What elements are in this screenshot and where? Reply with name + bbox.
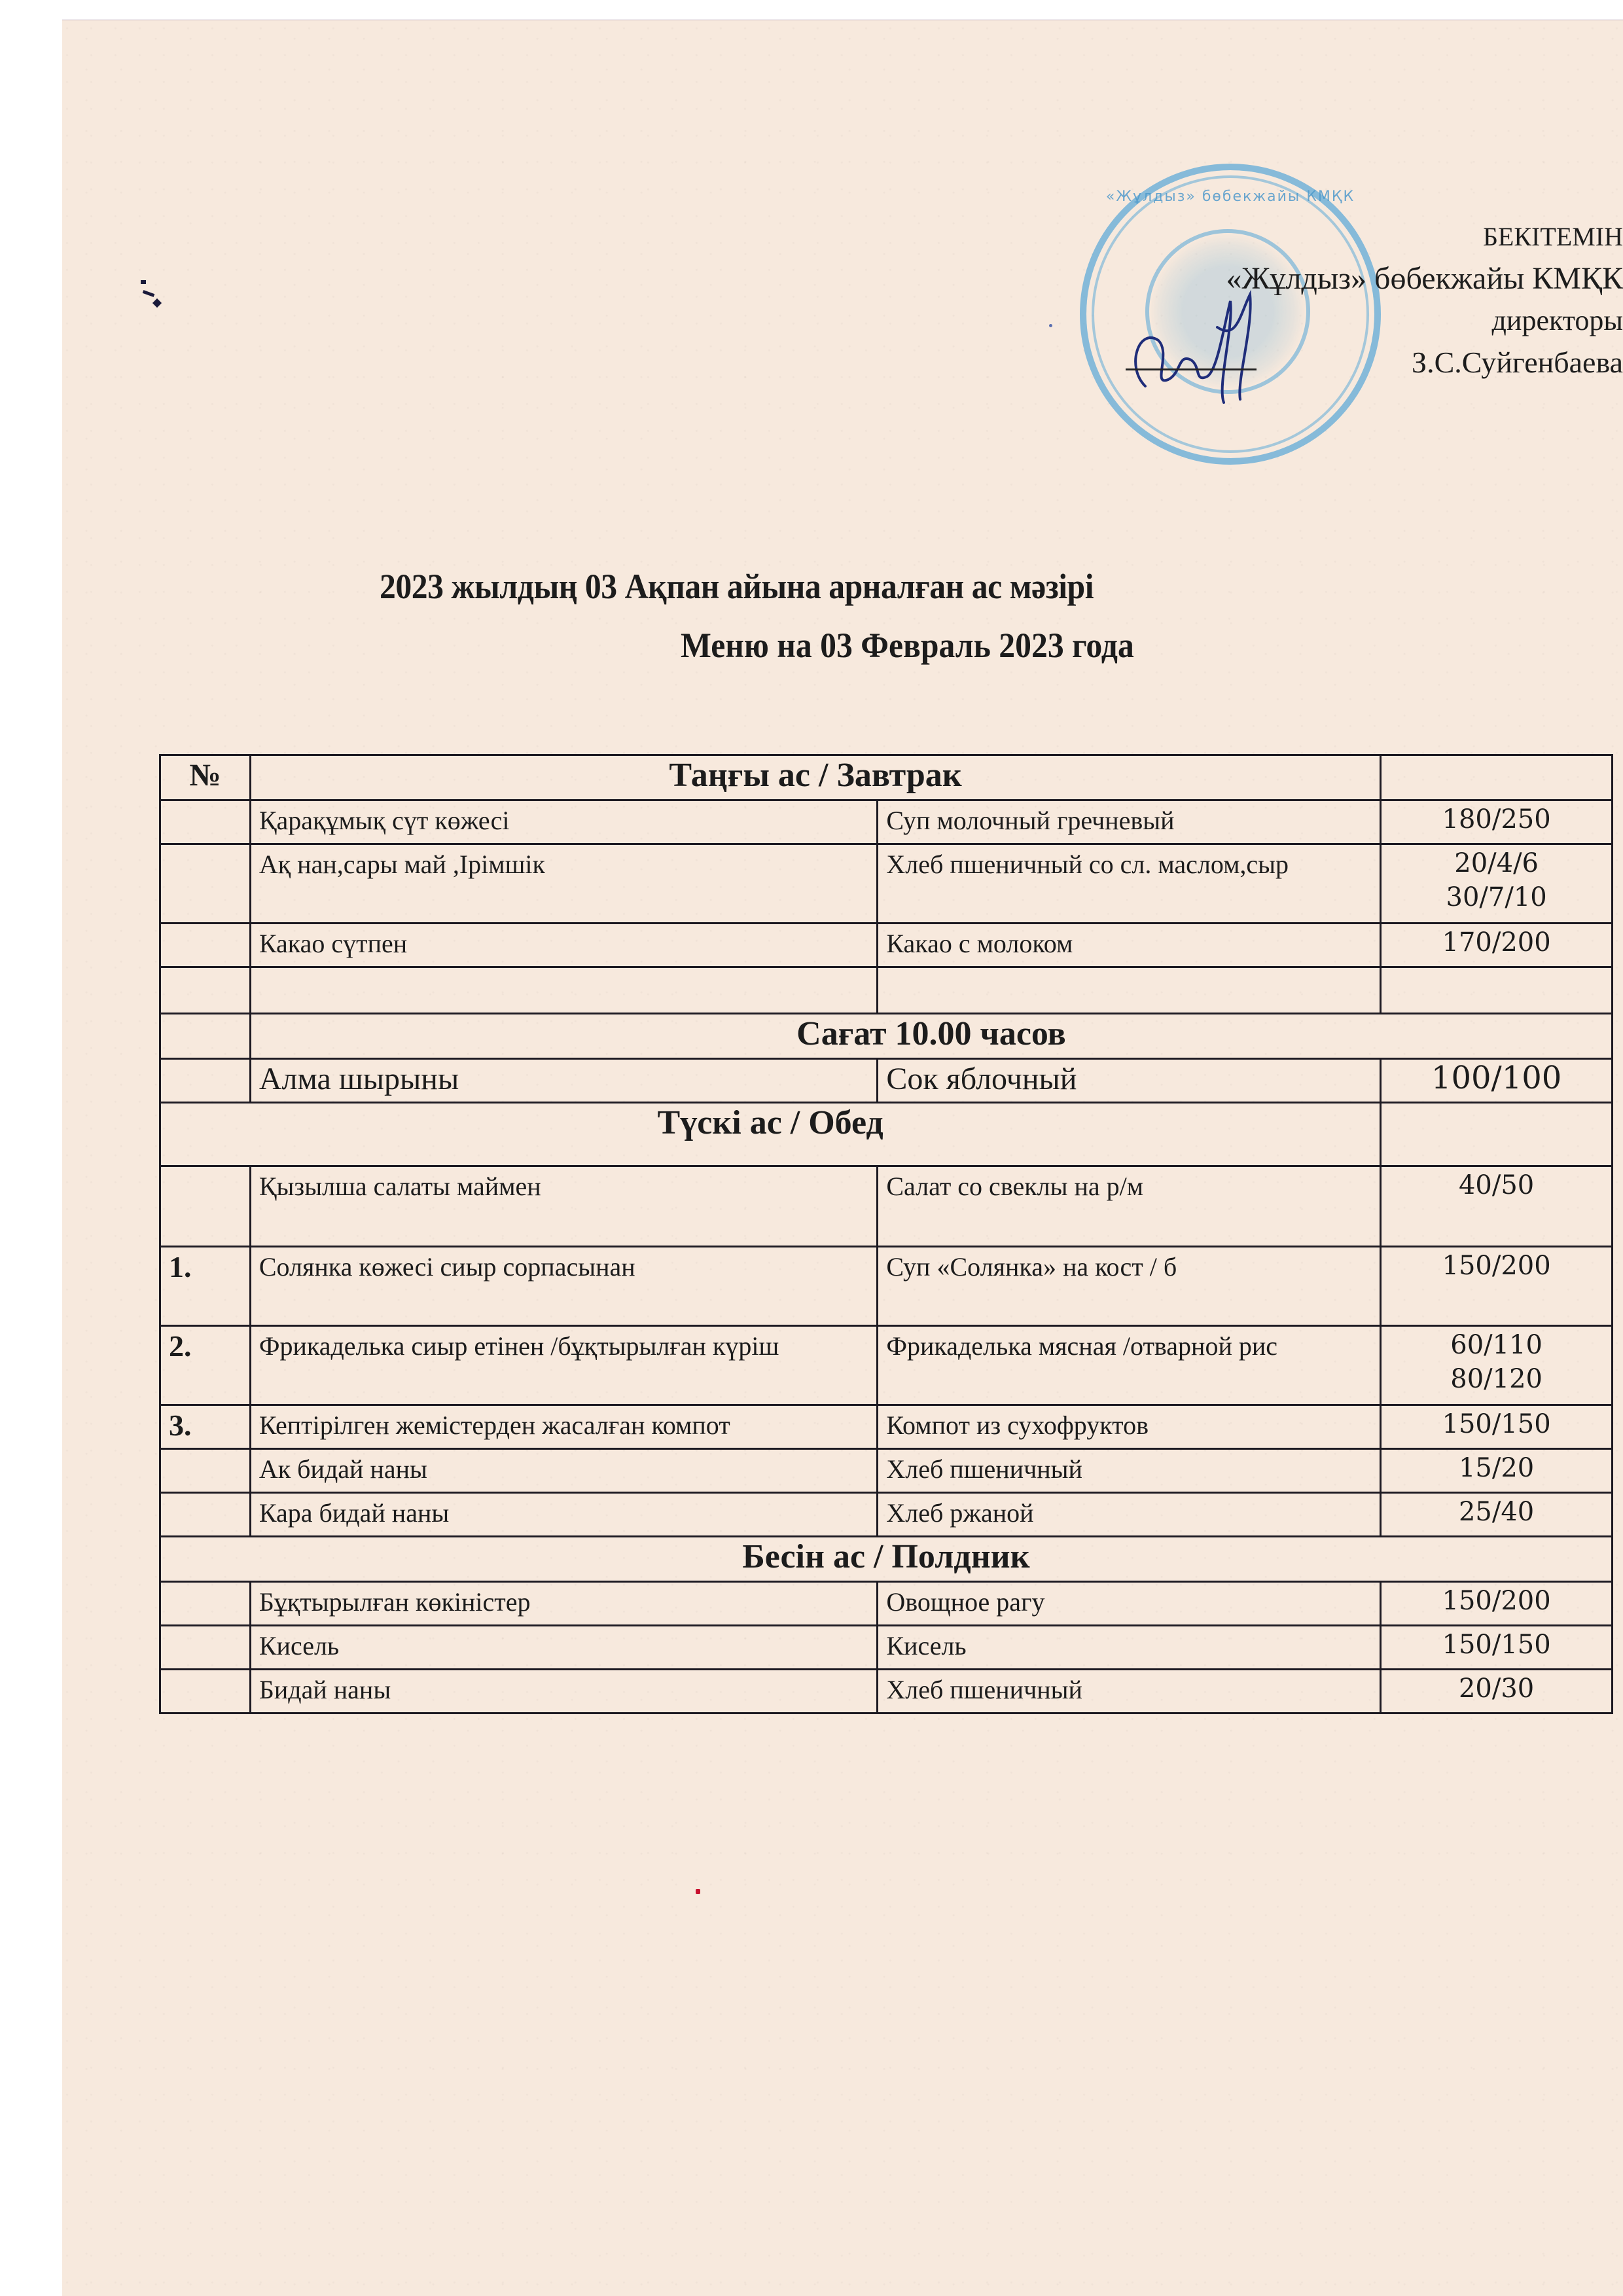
- table-row: Ақ нан,сары май ,ІрімшікХлеб пшеничный с…: [160, 844, 1613, 924]
- qty-cell: [1381, 755, 1613, 800]
- portion-value: 150/150: [1389, 1628, 1603, 1662]
- item-number: [160, 967, 251, 1014]
- dish-name-kz: Қарақұмық сүт көжесі: [250, 800, 878, 844]
- portion-size: 170/200: [1381, 924, 1613, 967]
- item-number: [160, 1059, 251, 1103]
- dish-name-kz: [250, 967, 878, 1014]
- item-number: 3.: [160, 1405, 251, 1449]
- section-row-snack10: Сағат 10.00 часов: [160, 1014, 1613, 1059]
- portion-size: 20/30: [1381, 1670, 1613, 1713]
- number-header: №: [160, 755, 251, 800]
- portion-size: 15/20: [1381, 1449, 1613, 1493]
- portion-value: 170/200: [1389, 925, 1603, 960]
- table-row: Бұқтырылған көкіністерОвощное рагу150/20…: [160, 1582, 1613, 1626]
- dish-name-ru: Кисель: [878, 1626, 1381, 1670]
- dish-name-ru: Хлеб пшеничный со сл. маслом,сыр: [878, 844, 1381, 924]
- table-row: Какао сүтпенКакао с молоком170/200: [160, 924, 1613, 967]
- section-row-afternoon: Бесін ас / Полдник: [160, 1537, 1613, 1582]
- portion-value: 150/150: [1389, 1407, 1603, 1441]
- table-row: Қарақұмық сүт көжесіСуп молочный гречнев…: [160, 800, 1613, 844]
- section-title-breakfast: Таңғы ас / Завтрак: [250, 755, 1380, 800]
- item-number: [160, 1582, 251, 1626]
- approval-name: З.С.Суйгенбаева: [1099, 342, 1623, 384]
- table-row: [160, 967, 1613, 1014]
- portion-value: 60/110: [1389, 1328, 1603, 1362]
- dish-name-kz: Кара бидай наны: [250, 1493, 878, 1537]
- dish-name-kz: Ак бидай наны: [250, 1449, 878, 1493]
- approval-heading: БЕКІТЕМІН: [1099, 216, 1623, 258]
- dish-name-kz: Алма шырыны: [250, 1059, 878, 1103]
- dish-name-ru: Компот из сухофруктов: [878, 1405, 1381, 1449]
- page-title-ru: Меню на 03 Февраль 2023 года: [681, 625, 1134, 666]
- portion-size: 40/50: [1381, 1166, 1613, 1247]
- dish-name-kz: Бұқтырылған көкіністер: [250, 1582, 878, 1626]
- dish-name-kz: Ақ нан,сары май ,Ірімшік: [250, 844, 878, 924]
- dish-name-kz: Кептірілген жемістерден жасалған компот: [250, 1405, 878, 1449]
- dish-name-kz: Кисель: [250, 1626, 878, 1670]
- section-row-lunch: Түскі ас / Обед: [160, 1103, 1613, 1166]
- number-cell: [160, 1014, 251, 1059]
- dish-name-kz: Бидай наны: [250, 1670, 878, 1713]
- dish-name-kz: Солянка көжесі сиыр сорпасынан: [250, 1247, 878, 1326]
- portion-size: 180/250: [1381, 800, 1613, 844]
- dish-name-ru: Хлеб ржаной: [878, 1493, 1381, 1537]
- table-row: Кара бидай наныХлеб ржаной25/40: [160, 1493, 1613, 1537]
- dish-name-kz: Қызылша салаты маймен: [250, 1166, 878, 1247]
- portion-size: 20/4/630/7/10: [1381, 844, 1613, 924]
- portion-value: 150/200: [1389, 1584, 1603, 1618]
- item-number: 1.: [160, 1247, 251, 1326]
- item-number: [160, 1449, 251, 1493]
- table-row: 3.Кептірілген жемістерден жасалған компо…: [160, 1405, 1613, 1449]
- dish-name-kz: Какао сүтпен: [250, 924, 878, 967]
- dish-name-ru: Фрикаделька мясная /отварной рис: [878, 1326, 1381, 1405]
- portion-value: 30/7/10: [1389, 880, 1603, 914]
- portion-value: 25/40: [1389, 1495, 1603, 1529]
- section-row-breakfast: №Таңғы ас / Завтрак: [160, 755, 1613, 800]
- item-number: [160, 1626, 251, 1670]
- portion-size: 150/200: [1381, 1247, 1613, 1326]
- portion-size: 60/11080/120: [1381, 1326, 1613, 1405]
- portion-value: 40/50: [1389, 1168, 1603, 1202]
- stamp-text: «Жұлдыз» бөбекжайы КМҚК: [1086, 188, 1374, 205]
- page-title-kz: 2023 жылдың 03 Ақпан айына арналған ас м…: [380, 566, 1094, 607]
- approval-block: БЕКІТЕМІН «Жұлдыз» бөбекжайы КМҚК директ…: [1099, 216, 1623, 384]
- portion-value: 100/100: [1389, 1061, 1603, 1095]
- portion-value: 20/4/6: [1389, 846, 1603, 880]
- dish-name-ru: Суп «Солянка» на кост / б: [878, 1247, 1381, 1326]
- portion-value: 180/250: [1389, 802, 1603, 836]
- table-row: Алма шырыныСок яблочный100/100: [160, 1059, 1613, 1103]
- item-number: [160, 1493, 251, 1537]
- table-row: Бидай наныХлеб пшеничный20/30: [160, 1670, 1613, 1713]
- portion-size: 100/100: [1381, 1059, 1613, 1103]
- menu-table: №Таңғы ас / ЗавтракҚарақұмық сүт көжесіС…: [159, 754, 1613, 1714]
- portion-size: 150/200: [1381, 1582, 1613, 1626]
- table-row: Қызылша салаты майменСалат со свеклы на …: [160, 1166, 1613, 1247]
- item-number: [160, 844, 251, 924]
- item-number: [160, 1166, 251, 1247]
- section-title-afternoon: Бесін ас / Полдник: [160, 1537, 1613, 1582]
- portion-size: 150/150: [1381, 1626, 1613, 1670]
- item-number: 2.: [160, 1326, 251, 1405]
- portion-size: 25/40: [1381, 1493, 1613, 1537]
- portion-value: 20/30: [1389, 1672, 1603, 1706]
- dish-name-ru: Хлеб пшеничный: [878, 1670, 1381, 1713]
- portion-size: [1381, 967, 1613, 1014]
- approval-position: директоры: [1099, 300, 1623, 342]
- section-title-lunch: Түскі ас / Обед: [160, 1103, 1381, 1166]
- qty-cell: [1381, 1103, 1613, 1166]
- dish-name-ru: Сок яблочный: [878, 1059, 1381, 1103]
- portion-value: 150/200: [1389, 1249, 1603, 1283]
- table-row: 1.Солянка көжесі сиыр сорпасынанСуп «Сол…: [160, 1247, 1613, 1326]
- approval-organization: «Жұлдыз» бөбекжайы КМҚК: [1099, 258, 1623, 300]
- item-number: [160, 924, 251, 967]
- portion-value: 80/120: [1389, 1362, 1603, 1396]
- dish-name-ru: Хлеб пшеничный: [878, 1449, 1381, 1493]
- item-number: [160, 800, 251, 844]
- dish-name-ru: Салат со свеклы на р/м: [878, 1166, 1381, 1247]
- dish-name-ru: Овощное рагу: [878, 1582, 1381, 1626]
- dish-name-ru: [878, 967, 1381, 1014]
- table-row: Ак бидай наныХлеб пшеничный15/20: [160, 1449, 1613, 1493]
- section-title-snack10: Сағат 10.00 часов: [250, 1014, 1612, 1059]
- dish-name-kz: Фрикаделька сиыр етінен /бұқтырылған күр…: [250, 1326, 878, 1405]
- portion-value: 15/20: [1389, 1451, 1603, 1485]
- portion-size: 150/150: [1381, 1405, 1613, 1449]
- table-row: КисельКисель150/150: [160, 1626, 1613, 1670]
- item-number: [160, 1670, 251, 1713]
- dish-name-ru: Какао с молоком: [878, 924, 1381, 967]
- table-row: 2.Фрикаделька сиыр етінен /бұқтырылған к…: [160, 1326, 1613, 1405]
- dish-name-ru: Суп молочный гречневый: [878, 800, 1381, 844]
